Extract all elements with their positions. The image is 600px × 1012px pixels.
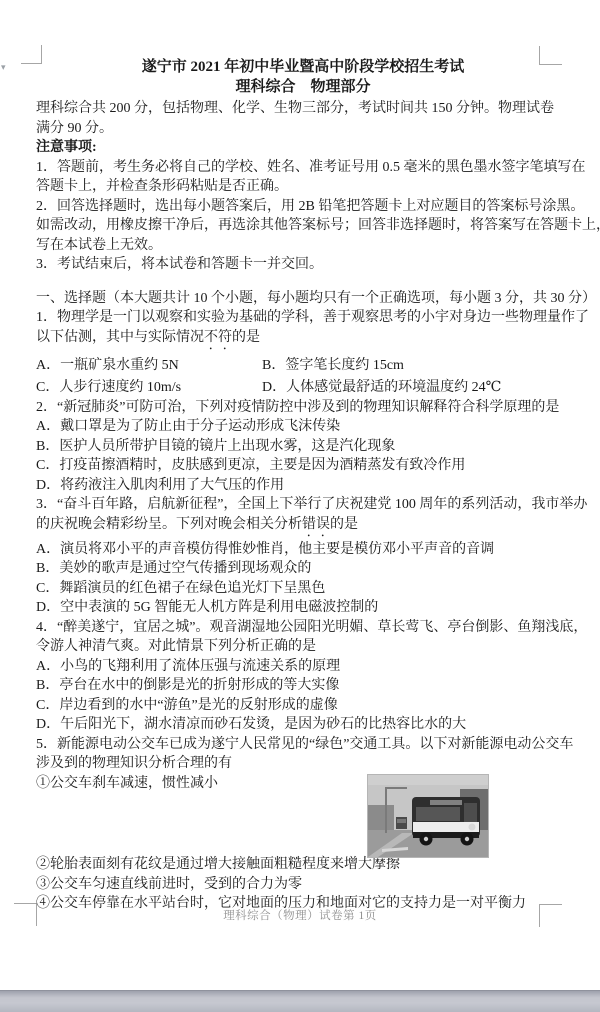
question-1-options-row: C．人步行速度约 10m/s D．人体感觉最舒适的环境温度约 24℃	[36, 378, 570, 398]
question-4-stem: 令游人神清气爽。对此情景下列分析正确的是	[36, 637, 570, 657]
note-line: 1．答题前，考生务必将自己的学校、姓名、准考证号用 0.5 毫米的黑色墨水签字笔…	[36, 158, 570, 178]
page-footer: 理科综合（物理）试卷第 1页	[0, 907, 600, 923]
option-a: A．一瓶矿泉水重约 5N	[36, 356, 262, 376]
option-c: C．岸边看到的水中“游鱼”是光的反射形成的虚像	[36, 696, 570, 716]
notes-label: 注意事项:	[36, 138, 570, 158]
page-title: 遂宁市 2021 年初中毕业暨高中阶段学校招生考试	[36, 58, 570, 77]
intro-line: 理科综合共 200 分，包括物理、化学、生物三部分，考试时间共 150 分钟。物…	[36, 99, 570, 119]
option-c: C．打疫苗擦酒精时，皮肤感到更凉，主要是因为酒精蒸发有致冷作用	[36, 456, 570, 476]
bus-photo	[368, 775, 488, 857]
stem-emphasized-text: 错误	[302, 517, 330, 532]
option-a: A．小鸟的飞翔利用了流体压强与流速关系的原理	[36, 657, 570, 677]
question-1-options-row: A．一瓶矿泉水重约 5N B．签字笔长度约 15cm	[36, 356, 570, 376]
option-b: B．签字笔长度约 15cm	[262, 356, 404, 376]
option-c: C．舞蹈演员的红色裙子在绿色追光灯下呈黑色	[36, 579, 570, 599]
option-a: A．戴口罩是为了防止由于分子运动形成飞沫传染	[36, 417, 570, 437]
question-3-stem: 3．“奋斗百年路，启航新征程”，全国上下举行了庆祝建党 100 周年的系列活动，…	[36, 495, 570, 515]
question-4-stem: 4．“醉美遂宁，宜居之城”。观音湖湿地公园阳光明媚、草长莺飞、亭台倒影、鱼翔浅底…	[36, 618, 570, 638]
question-2-stem: 2．“新冠肺炎”可防可治，下列对疫情防控中涉及到的物理知识解释符合科学原理的是	[36, 398, 570, 418]
stem-text: 的庆祝晚会精彩纷呈。下列对晚会相关分析	[36, 517, 302, 532]
note-line: 2．回答选择题时，选出每小题答案后，用 2B 铅笔把答题卡上对应题目的答案标号涂…	[36, 197, 570, 217]
document-sheet: 遂宁市 2021 年初中毕业暨高中阶段学校招生考试 理科综合 物理部分 理科综合…	[36, 58, 570, 914]
option-b: B．美妙的歌声是通过空气传播到现场观众的	[36, 559, 570, 579]
option-d: D．午后阳光下，湖水清凉而砂石发烫，是因为砂石的比热容比水的大	[36, 715, 570, 735]
option-b: B．亭台在水中的倒影是光的折射形成的等大实像	[36, 676, 570, 696]
question-1-stem: 1．物理学是一门以观察和实验为基础的学科，善于观察思考的小宇对身边一些物理量作了	[36, 308, 570, 328]
option-d: D．将药液注入肌肉利用了大气压的作用	[36, 476, 570, 496]
note-line: 如需改动，用橡皮擦干净后，再选涂其他答案标号；回答非选择题时，将答案写在答题卡上…	[36, 216, 570, 236]
ruler-indent-marker-icon: ▾	[1, 64, 6, 73]
option-c: C．人步行速度约 10m/s	[36, 378, 262, 398]
stem-text: 以下估测，其中与实际情况	[36, 330, 204, 345]
option-d: D．人体感觉最舒适的环境温度约 24℃	[262, 378, 501, 398]
note-line: 写在本试卷上无效。	[36, 236, 570, 256]
question-5-items: ①公交车刹车减速，惯性减小 ②轮胎表面刻有花纹是通过增大接触面粗糙程度来增大摩擦…	[36, 774, 570, 914]
option-d: D．空中表演的 5G 智能无人机方阵是利用电磁波控制的	[36, 598, 570, 618]
question-5-stem: 涉及到的物理知识分析合理的有	[36, 754, 570, 774]
option-a: A．演员将邓小平的声音模仿得惟妙惟肖，他主要是模仿邓小平声音的音调	[36, 540, 570, 560]
numbered-item-2: ②轮胎表面刻有花纹是通过增大接触面粗糙程度来增大摩擦	[36, 855, 570, 875]
exam-paper-page: { "colors": { "paper": "#ffffff", "body_…	[0, 0, 600, 1012]
question-1-stem: 以下估测，其中与实际情况不符的是	[36, 328, 570, 353]
section-heading: 一、选择题（本大题共计 10 个小题，每小题均只有一个正确选项，每小题 3 分，…	[36, 289, 570, 309]
note-line: 答题卡上，并检查条形码粘贴是否正确。	[36, 177, 570, 197]
numbered-item-1: ①公交车刹车减速，惯性减小	[36, 774, 570, 794]
option-b: B．医护人员所带护目镜的镜片上出现水雾，这是汽化现象	[36, 437, 570, 457]
question-5-stem: 5．新能源电动公交车已成为遂宁人民常见的“绿色”交通工具。以下对新能源电动公交车	[36, 735, 570, 755]
question-3-stem: 的庆祝晚会精彩纷呈。下列对晚会相关分析错误的是	[36, 515, 570, 540]
note-line: 3．考试结束后，将本试卷和答题卡一并交回。	[36, 255, 570, 275]
page-subtitle: 理科综合 物理部分	[36, 77, 570, 97]
numbered-item-3: ③公交车匀速直线前进时，受到的合力为零	[36, 875, 570, 895]
stem-emphasized-text: 不符	[204, 330, 232, 345]
stem-text: 的是	[330, 517, 358, 532]
stem-text: 的是	[232, 330, 260, 345]
intro-line: 满分 90 分。	[36, 119, 570, 139]
window-bottom-bar	[0, 990, 600, 1012]
